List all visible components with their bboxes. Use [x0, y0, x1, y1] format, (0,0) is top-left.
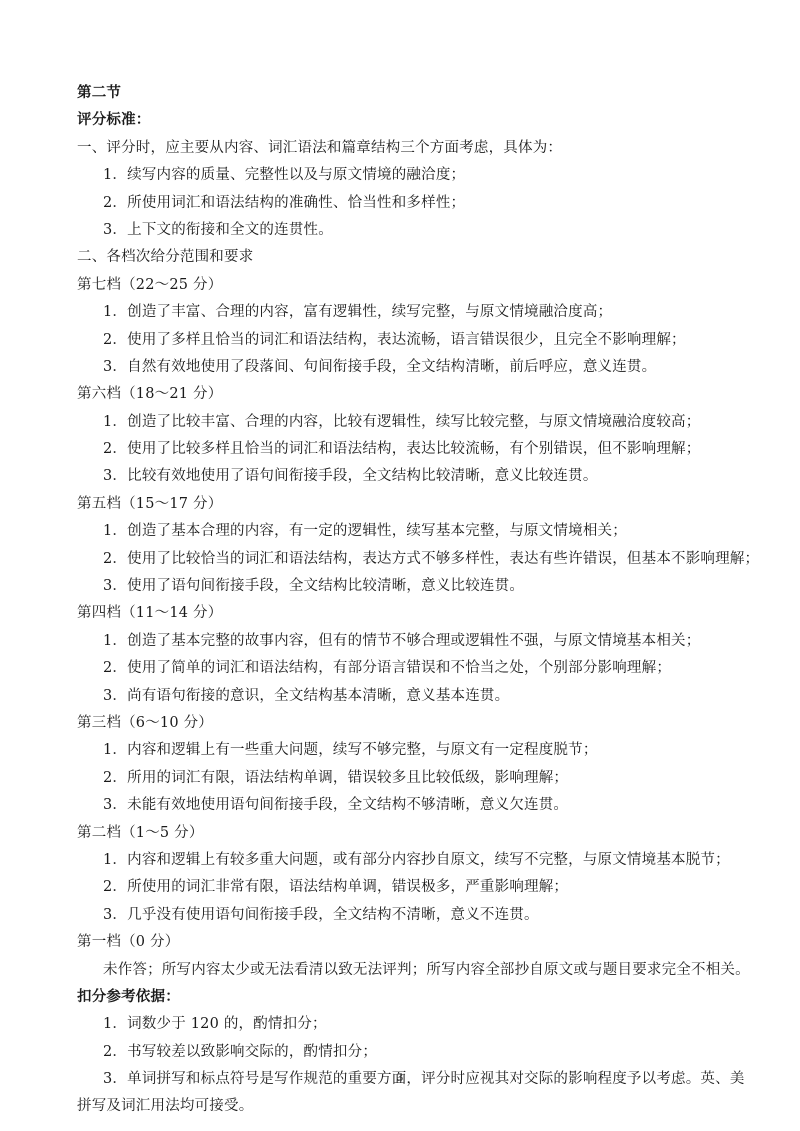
part1-intro: 一、评分时，应主要从内容、词汇语法和篇章结构三个方面考虑，具体为：: [77, 135, 757, 162]
tier-item: 1．创造了丰富、合理的内容，富有逻辑性，续写完整，与原文情境融洽度高；: [77, 299, 757, 326]
tier-item: 3．比较有效地使用了语句间衔接手段，全文结构比较清晰，意义比较连贯。: [77, 463, 757, 490]
tier-title: 第六档（18～21 分）: [77, 381, 757, 408]
tier-item: 2．使用了比较恰当的词汇和语法结构，表达方式不够多样性，表达有些许错误，但基本不…: [77, 546, 757, 573]
tier-item: 1．创造了比较丰富、合理的内容，比较有逻辑性，续写比较完整，与原文情境融洽度较高…: [77, 409, 757, 436]
tier-item: 2．使用了简单的词汇和语法结构，有部分语言错误和不恰当之处，个别部分影响理解；: [77, 655, 757, 682]
tier-item: 3．自然有效地使用了段落间、句间衔接手段，全文结构清晰，前后呼应，意义连贯。: [77, 354, 757, 381]
tier-title: 第四档（11～14 分）: [77, 600, 757, 627]
tier-title: 第二档（1～5 分）: [77, 820, 757, 847]
deduction-item: 1．词数少于 120 的，酌情扣分；: [77, 1011, 757, 1038]
part1-item: 1．续写内容的质量、完整性以及与原文情境的融洽度；: [77, 162, 757, 189]
tier-item: 2．所使用的词汇非常有限，语法结构单调，错误极多，严重影响理解；: [77, 874, 757, 901]
deduction-heading: 扣分参考依据：: [77, 984, 757, 1011]
deduction-continuation: 拼写及词汇用法均可接受。: [77, 1093, 757, 1120]
tier-item: 2．所用的词汇有限，语法结构单调，错误较多且比较低级，影响理解；: [77, 765, 757, 792]
part1-item: 3．上下文的衔接和全文的连贯性。: [77, 217, 757, 244]
tier-title: 第一档（0 分）: [77, 929, 757, 956]
tier-item: 1．内容和逻辑上有较多重大问题，或有部分内容抄自原文，续写不完整，与原文情境基本…: [77, 847, 757, 874]
tier-item: 1．内容和逻辑上有一些重大问题，续写不够完整，与原文有一定程度脱节；: [77, 737, 757, 764]
tier-item: 1．创造了基本完整的故事内容，但有的情节不够合理或逻辑性不强，与原文情境基本相关…: [77, 628, 757, 655]
tier-item: 未作答；所写内容太少或无法看清以致无法评判；所写内容全部抄自原文或与题目要求完全…: [77, 957, 757, 984]
tier-item: 2．使用了多样且恰当的词汇和语法结构，表达流畅，语言错误很少，且完全不影响理解；: [77, 327, 757, 354]
part2-heading: 二、各档次给分范围和要求: [77, 244, 757, 271]
page-number: 3: [0, 1071, 800, 1084]
tier-item: 3．未能有效地使用语句间衔接手段，全文结构不够清晰，意义欠连贯。: [77, 792, 757, 819]
tier-title: 第三档（6～10 分）: [77, 710, 757, 737]
tier-item: 3．尚有语句衔接的意识，全文结构基本清晰，意义基本连贯。: [77, 683, 757, 710]
part1-item: 2．所使用词汇和语法结构的准确性、恰当性和多样性；: [77, 190, 757, 217]
tier-title: 第五档（15～17 分）: [77, 491, 757, 518]
scoring-heading: 评分标准：: [77, 107, 757, 134]
tier-item: 3．几乎没有使用语句间衔接手段，全文结构不清晰，意义不连贯。: [77, 902, 757, 929]
tier-item: 2．使用了比较多样且恰当的词汇和语法结构，表达比较流畅，有个别错误，但不影响理解…: [77, 436, 757, 463]
tier-title: 第七档（22～25 分）: [77, 272, 757, 299]
document-page: 第二节 评分标准： 一、评分时，应主要从内容、词汇语法和篇章结构三个方面考虑，具…: [77, 80, 757, 1121]
tier-item: 1．创造了基本合理的内容，有一定的逻辑性，续写基本完整，与原文情境相关；: [77, 518, 757, 545]
tier-item: 3．使用了语句间衔接手段，全文结构比较清晰，意义比较连贯。: [77, 573, 757, 600]
section-title: 第二节: [77, 80, 757, 107]
deduction-item: 2．书写较差以致影响交际的，酌情扣分；: [77, 1039, 757, 1066]
